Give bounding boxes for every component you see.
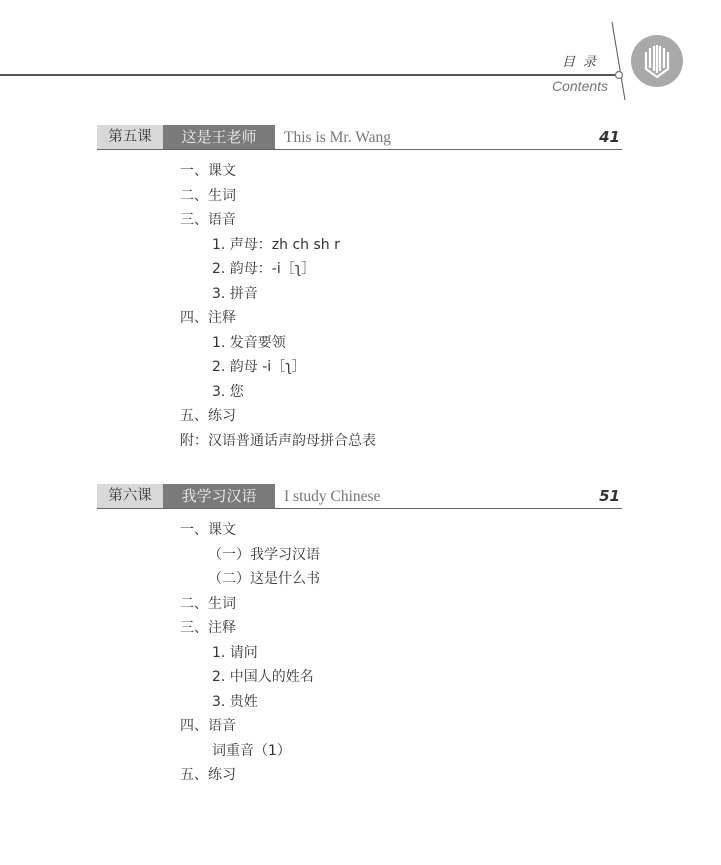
toc-item[interactable]: 二、生词 bbox=[180, 184, 376, 209]
toc-list: 一、课文 二、生词 三、语音 1. 声母：zh ch sh r 2. 韵母：-i… bbox=[180, 159, 376, 453]
toc-subitem[interactable]: 3. 贵姓 bbox=[180, 690, 320, 715]
toc-subitem[interactable]: 3. 拼音 bbox=[180, 282, 376, 307]
lesson-label: 第五课 bbox=[97, 125, 163, 149]
toc-list: 一、课文 （一）我学习汉语 （二）这是什么书 二、生词 三、注释 1. 请问 2… bbox=[180, 518, 320, 788]
lesson-block: 第五课 这是王老师 This is Mr. Wang 41 一、课文 二、生词 … bbox=[97, 125, 622, 150]
toc-subitem[interactable]: （一）我学习汉语 bbox=[180, 543, 320, 568]
toc-item[interactable]: 三、注释 bbox=[180, 616, 320, 641]
toc-subitem[interactable]: 1. 声母：zh ch sh r bbox=[180, 233, 376, 258]
lesson-block: 第六课 我学习汉语 I study Chinese 51 一、课文 （一）我学习… bbox=[97, 484, 622, 509]
page-number[interactable]: 51 bbox=[599, 484, 620, 508]
toc-item[interactable]: 四、语音 bbox=[180, 714, 320, 739]
toc-item[interactable]: 三、语音 bbox=[180, 208, 376, 233]
toc-subitem[interactable]: 3. 您 bbox=[180, 380, 376, 405]
toc-item[interactable]: 附：汉语普通话声韵母拼合总表 bbox=[180, 429, 376, 454]
lesson-title-en[interactable]: I study Chinese bbox=[284, 484, 380, 508]
book-fan-icon bbox=[631, 35, 683, 87]
toc-item[interactable]: 一、课文 bbox=[180, 518, 320, 543]
lesson-label: 第六课 bbox=[97, 484, 163, 508]
toc-item[interactable]: 四、注释 bbox=[180, 306, 376, 331]
toc-subitem[interactable]: 2. 中国人的姓名 bbox=[180, 665, 320, 690]
header-divider bbox=[0, 0, 721, 110]
lesson-title-cn[interactable]: 这是王老师 bbox=[163, 125, 275, 149]
toc-subitem[interactable]: （二）这是什么书 bbox=[180, 567, 320, 592]
toc-item[interactable]: 一、课文 bbox=[180, 159, 376, 184]
lesson-title-cn[interactable]: 我学习汉语 bbox=[163, 484, 275, 508]
lesson-header: 第六课 我学习汉语 I study Chinese 51 bbox=[97, 484, 622, 509]
toc-subitem[interactable]: 2. 韵母 -i［ʅ］ bbox=[180, 355, 376, 380]
toc-subitem[interactable]: 1. 请问 bbox=[180, 641, 320, 666]
page-number[interactable]: 41 bbox=[599, 125, 620, 149]
toc-subitem[interactable]: 1. 发音要领 bbox=[180, 331, 376, 356]
lesson-header: 第五课 这是王老师 This is Mr. Wang 41 bbox=[97, 125, 622, 150]
toc-item[interactable]: 五、练习 bbox=[180, 763, 320, 788]
lesson-title-en[interactable]: This is Mr. Wang bbox=[284, 125, 391, 149]
toc-subitem[interactable]: 2. 韵母：-i［ʅ］ bbox=[180, 257, 376, 282]
toc-item[interactable]: 五、练习 bbox=[180, 404, 376, 429]
toc-item[interactable]: 二、生词 bbox=[180, 592, 320, 617]
toc-subitem[interactable]: 词重音（1） bbox=[180, 739, 320, 764]
